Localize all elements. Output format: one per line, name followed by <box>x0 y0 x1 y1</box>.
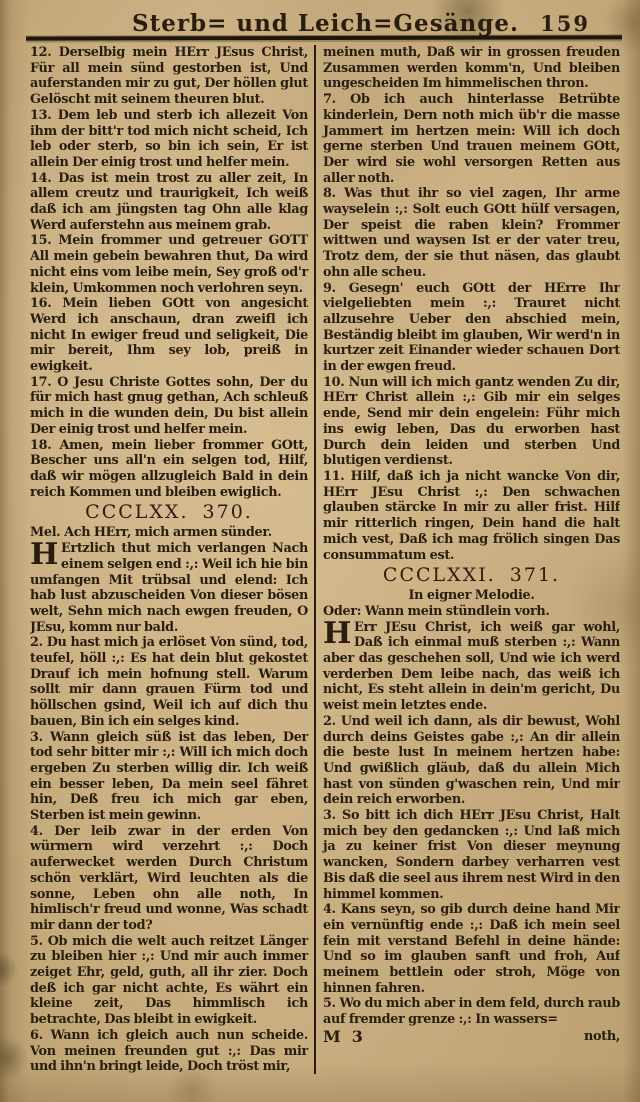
text-block: 12. Derselbig mein HErr JEsus Christ, Fü… <box>30 45 620 1074</box>
verse-paragraph: 4. Der leib zwar in der erden Von würmer… <box>30 824 308 934</box>
verse-paragraph: 4. Kans seyn, so gib durch deine hand Mi… <box>323 902 620 996</box>
verse-paragraph: 2. Und weil ich dann, als dir bewust, Wo… <box>323 714 620 808</box>
verse-paragraph: 14. Das ist mein trost zu aller zeit, In… <box>30 171 308 234</box>
verse-paragraph: 15. Mein frommer und getreuer GOTT All m… <box>30 233 308 296</box>
page-header: Sterb= und Leich=Gesänge. 159 <box>30 8 620 36</box>
verse-paragraph: 18. Amen, mein lieber frommer GOtt, Besc… <box>30 438 308 501</box>
hymn-roman-number: CCCLXXI. <box>383 564 496 586</box>
verse-paragraph: 11. Hilf, daß ich ja nicht wancke Von di… <box>323 469 620 563</box>
verse-paragraph: 16. Mein lieben GOtt von angesicht Werd … <box>30 296 308 375</box>
hymn-number-heading: CCCLXXI. 371. <box>323 563 620 588</box>
hymn-roman-number: CCCLXX. <box>85 501 188 523</box>
melody-line: In eigner Melodie. <box>323 588 620 604</box>
verse-paragraph: 13. Dem leb und sterb ich allezeit Von i… <box>30 108 308 171</box>
melody-line: Mel. Ach HErr, mich armen sünder. <box>30 525 308 541</box>
first-verse-paragraph: HErr JEsu Christ, ich weiß gar wohl, Daß… <box>323 620 620 714</box>
verse-paragraph: 17. O Jesu Christe Gottes sohn, Der du f… <box>30 375 308 438</box>
header-rule <box>26 35 622 40</box>
verse-paragraph: 12. Derselbig mein HErr JEsus Christ, Fü… <box>30 45 308 108</box>
verse-paragraph: 10. Nun will ich mich gantz wenden Zu di… <box>323 375 620 469</box>
running-title: Sterb= und Leich=Gesänge. <box>132 10 519 37</box>
hymn-number-heading: CCCLXX. 370. <box>30 500 308 525</box>
verse-paragraph: 3. So bitt ich dich HErr JEsu Christ, Ha… <box>323 808 620 902</box>
verse-text: Err JEsu Christ, ich weiß gar wohl, Daß … <box>323 620 620 714</box>
verse-paragraph: 2. Du hast mich ja erlöset Von sünd, tod… <box>30 635 308 729</box>
hymn-arabic-number: 370. <box>203 501 253 523</box>
first-verse-paragraph: HErtzlich thut mich verlangen Nach einem… <box>30 541 308 635</box>
signature-line: M 3 noth, <box>323 1029 620 1045</box>
verse-paragraph: 7. Ob ich auch hinterlasse Betrübte kind… <box>323 92 620 186</box>
dropcap-initial: H <box>323 620 354 648</box>
right-column: meinen muth, Daß wir in grossen freuden … <box>316 45 620 1074</box>
verse-continuation: meinen muth, Daß wir in grossen freuden … <box>323 45 620 92</box>
verse-paragraph: 6. Wann ich gleich auch nun scheide. Von… <box>30 1028 308 1074</box>
verse-paragraph: 5. Wo du mich aber in dem feld, durch ra… <box>323 996 620 1027</box>
alt-melody-line: Oder: Wann mein stündlein vorh. <box>323 604 620 620</box>
hymn-arabic-number: 371. <box>510 564 560 586</box>
catchword: noth, <box>584 1029 620 1045</box>
verse-paragraph: 5. Ob mich die welt auch reitzet Länger … <box>30 934 308 1028</box>
verse-paragraph: 3. Wann gleich süß ist das leben, Der to… <box>30 730 308 824</box>
left-column: 12. Derselbig mein HErr JEsus Christ, Fü… <box>30 45 316 1074</box>
signature-mark: M 3 <box>323 1029 366 1045</box>
page-number: 159 <box>540 11 590 36</box>
verse-text: Ertzlich thut mich verlangen Nach einem … <box>30 541 308 635</box>
verse-paragraph: 8. Was thut ihr so viel zagen, Ihr arme … <box>323 186 620 280</box>
verse-paragraph: 9. Gesegn' euch GOtt der HErre Ihr vielg… <box>323 281 620 375</box>
hymnal-page-scan: Sterb= und Leich=Gesänge. 159 12. Dersel… <box>0 0 640 1102</box>
dropcap-initial: H <box>30 541 61 569</box>
